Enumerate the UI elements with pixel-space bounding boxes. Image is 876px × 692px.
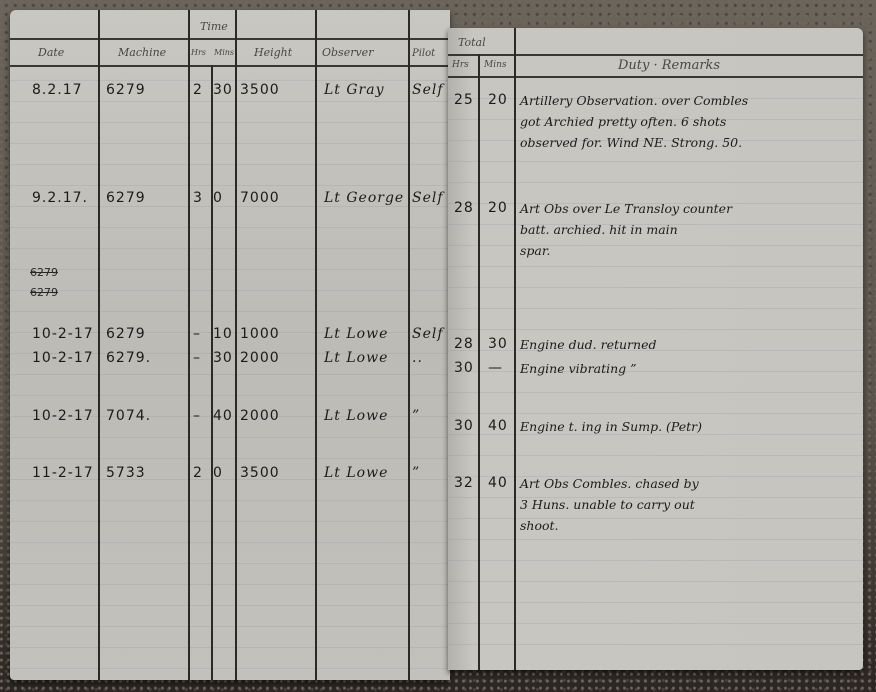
cell-hrs: – [193,326,201,342]
header-time-hrs: Hrs [191,48,206,57]
cell-observer: Lt George [324,190,404,206]
ruled-line [10,668,450,669]
ruled-line [448,560,863,561]
cell-total-hrs: 32 [454,475,474,491]
remark-line: observed for. Wind NE. Strong. 50. [520,132,850,153]
cell-observer: Lt Gray [324,82,385,98]
remark-line: Engine vibrating ” [520,358,850,379]
header-bottom-rule [448,76,863,78]
header-observer: Observer [322,46,373,59]
col-divider [514,28,516,670]
ruled-line [10,374,450,375]
ruled-line [10,185,450,186]
header-time-mins: Mins [214,48,234,57]
ruled-line [448,455,863,456]
cell-total-hrs: 28 [454,336,474,352]
ruled-line [10,101,450,102]
cell-machine: 7074. [106,408,151,424]
remark-line: Art Obs over Le Transloy counter [520,198,850,219]
duty-remarks: Art Obs Combles. chased by3 Huns. unable… [520,473,850,536]
cell-machine: 6279 [106,190,146,206]
cell-mins: 10 [213,326,233,342]
cell-machine: 6279 [106,326,146,342]
header-total-mins: Mins [484,60,507,70]
col-divider [188,10,190,680]
col-divider [315,10,317,680]
ruled-line [448,287,863,288]
ruled-line [10,647,450,648]
cell-hrs: – [193,350,201,366]
header-total-hrs: Hrs [452,60,469,70]
ruled-line [448,308,863,309]
header-date: Date [38,46,64,59]
ruled-line [448,539,863,540]
cell-hrs: 3 [193,190,203,206]
header-time: Time [200,20,228,33]
ruled-line [10,605,450,606]
ruled-line [448,581,863,582]
cell-observer: Lt Lowe [324,408,388,424]
remark-line: Art Obs Combles. chased by [520,473,850,494]
ruled-line [448,413,863,414]
ruled-line [448,623,863,624]
remark-line: got Archied pretty often. 6 shots [520,111,850,132]
ruled-line [10,164,450,165]
col-divider [211,65,213,680]
cell-height: 3500 [240,465,280,481]
ruled-line [448,329,863,330]
ruled-line [10,248,450,249]
cell-total-mins: 20 [488,92,508,108]
cell-mins: 0 [213,465,223,481]
cell-total-hrs: 25 [454,92,474,108]
cell-date: 10-2-17 [32,408,94,424]
cell-machine: 6279. [106,350,151,366]
ruled-line [10,563,450,564]
cell-pilot: ” [412,408,420,424]
duty-remarks: Engine dud. returned [520,334,850,355]
remark-line: shoot. [520,515,850,536]
cell-mins: 0 [213,190,223,206]
ruled-line [10,122,450,123]
cell-total-mins: 30 [488,336,508,352]
cell-date: 10-2-17 [32,326,94,342]
ruled-line [10,521,450,522]
cell-height: 1000 [240,326,280,342]
cell-date: 8.2.17 [32,82,83,98]
cell-machine: 5733 [106,465,146,481]
duty-remarks: Engine t. ing in Sump. (Petr) [520,416,850,437]
cell-mins: 40 [213,408,233,424]
cell-height: 2000 [240,350,280,366]
cell-height: 2000 [240,408,280,424]
ruled-line [10,311,450,312]
cell-hrs: 2 [193,82,203,98]
ruled-line [10,584,450,585]
header-height: Height [254,46,292,59]
ruled-line [448,644,863,645]
cell-total-hrs: 30 [454,360,474,376]
ruled-line [10,500,450,501]
remark-line: Engine dud. returned [520,334,850,355]
cell-observer: Lt Lowe [324,465,388,481]
duty-remarks: Art Obs over Le Transloy counterbatt. ar… [520,198,850,261]
cell-pilot: ” [412,465,420,481]
header-duty-remarks: Duty · Remarks [618,58,720,73]
col-divider [478,54,480,670]
cell-total-mins: 40 [488,475,508,491]
remark-line: Artillery Observation. over Combles [520,90,850,111]
ruled-line [10,626,450,627]
header-mid-rule [448,54,863,56]
cell-mins: 30 [213,350,233,366]
cell-machine: 6279 [106,82,146,98]
struck-entry: 6279 [30,266,58,279]
cell-date: 9.2.17. [32,190,88,206]
cell-total-mins: — [488,360,503,376]
col-divider [98,10,100,680]
ruled-line [10,542,450,543]
header-total: Total [458,36,486,49]
ruled-line [10,143,450,144]
col-divider [235,10,237,680]
cell-date: 10-2-17 [32,350,94,366]
cell-total-mins: 40 [488,418,508,434]
ruled-line [448,182,863,183]
header-top-rule [10,38,450,40]
cell-height: 7000 [240,190,280,206]
duty-remarks: Engine vibrating ” [520,358,850,379]
ruled-line [10,206,450,207]
header-pilot: Pilot [412,48,435,59]
ruled-line [448,266,863,267]
remark-line: batt. archied. hit in main [520,219,850,240]
ruled-line [10,437,450,438]
cell-total-mins: 20 [488,200,508,216]
header-bottom-rule [10,65,450,67]
left-page: Date Machine Time Hrs Mins Height Observ… [10,10,450,680]
cell-height: 3500 [240,82,280,98]
cell-date: 11-2-17 [32,465,94,481]
ruled-line [10,227,450,228]
remark-line: 3 Huns. unable to carry out [520,494,850,515]
ruled-line [10,269,450,270]
header-machine: Machine [118,46,166,59]
struck-entry: 6279 [30,286,58,299]
cell-total-hrs: 28 [454,200,474,216]
ruled-line [10,458,450,459]
cell-pilot: Self [412,190,444,206]
ruled-line [10,290,450,291]
cell-mins: 30 [213,82,233,98]
right-page: Total Hrs Mins Duty · Remarks 2520Artill… [448,28,863,670]
cell-pilot: Self [412,82,444,98]
remark-line: spar. [520,240,850,261]
cell-total-hrs: 30 [454,418,474,434]
cell-pilot: Self [412,326,444,342]
cell-pilot: .. [412,350,423,366]
ruled-line [448,161,863,162]
cell-observer: Lt Lowe [324,326,388,342]
cell-hrs: – [193,408,201,424]
ruled-line [448,392,863,393]
cell-observer: Lt Lowe [324,350,388,366]
cell-hrs: 2 [193,465,203,481]
ruled-line [10,80,450,81]
ruled-line [448,602,863,603]
duty-remarks: Artillery Observation. over Comblesgot A… [520,90,850,153]
col-divider [408,10,410,680]
remark-line: Engine t. ing in Sump. (Petr) [520,416,850,437]
ruled-line [10,395,450,396]
